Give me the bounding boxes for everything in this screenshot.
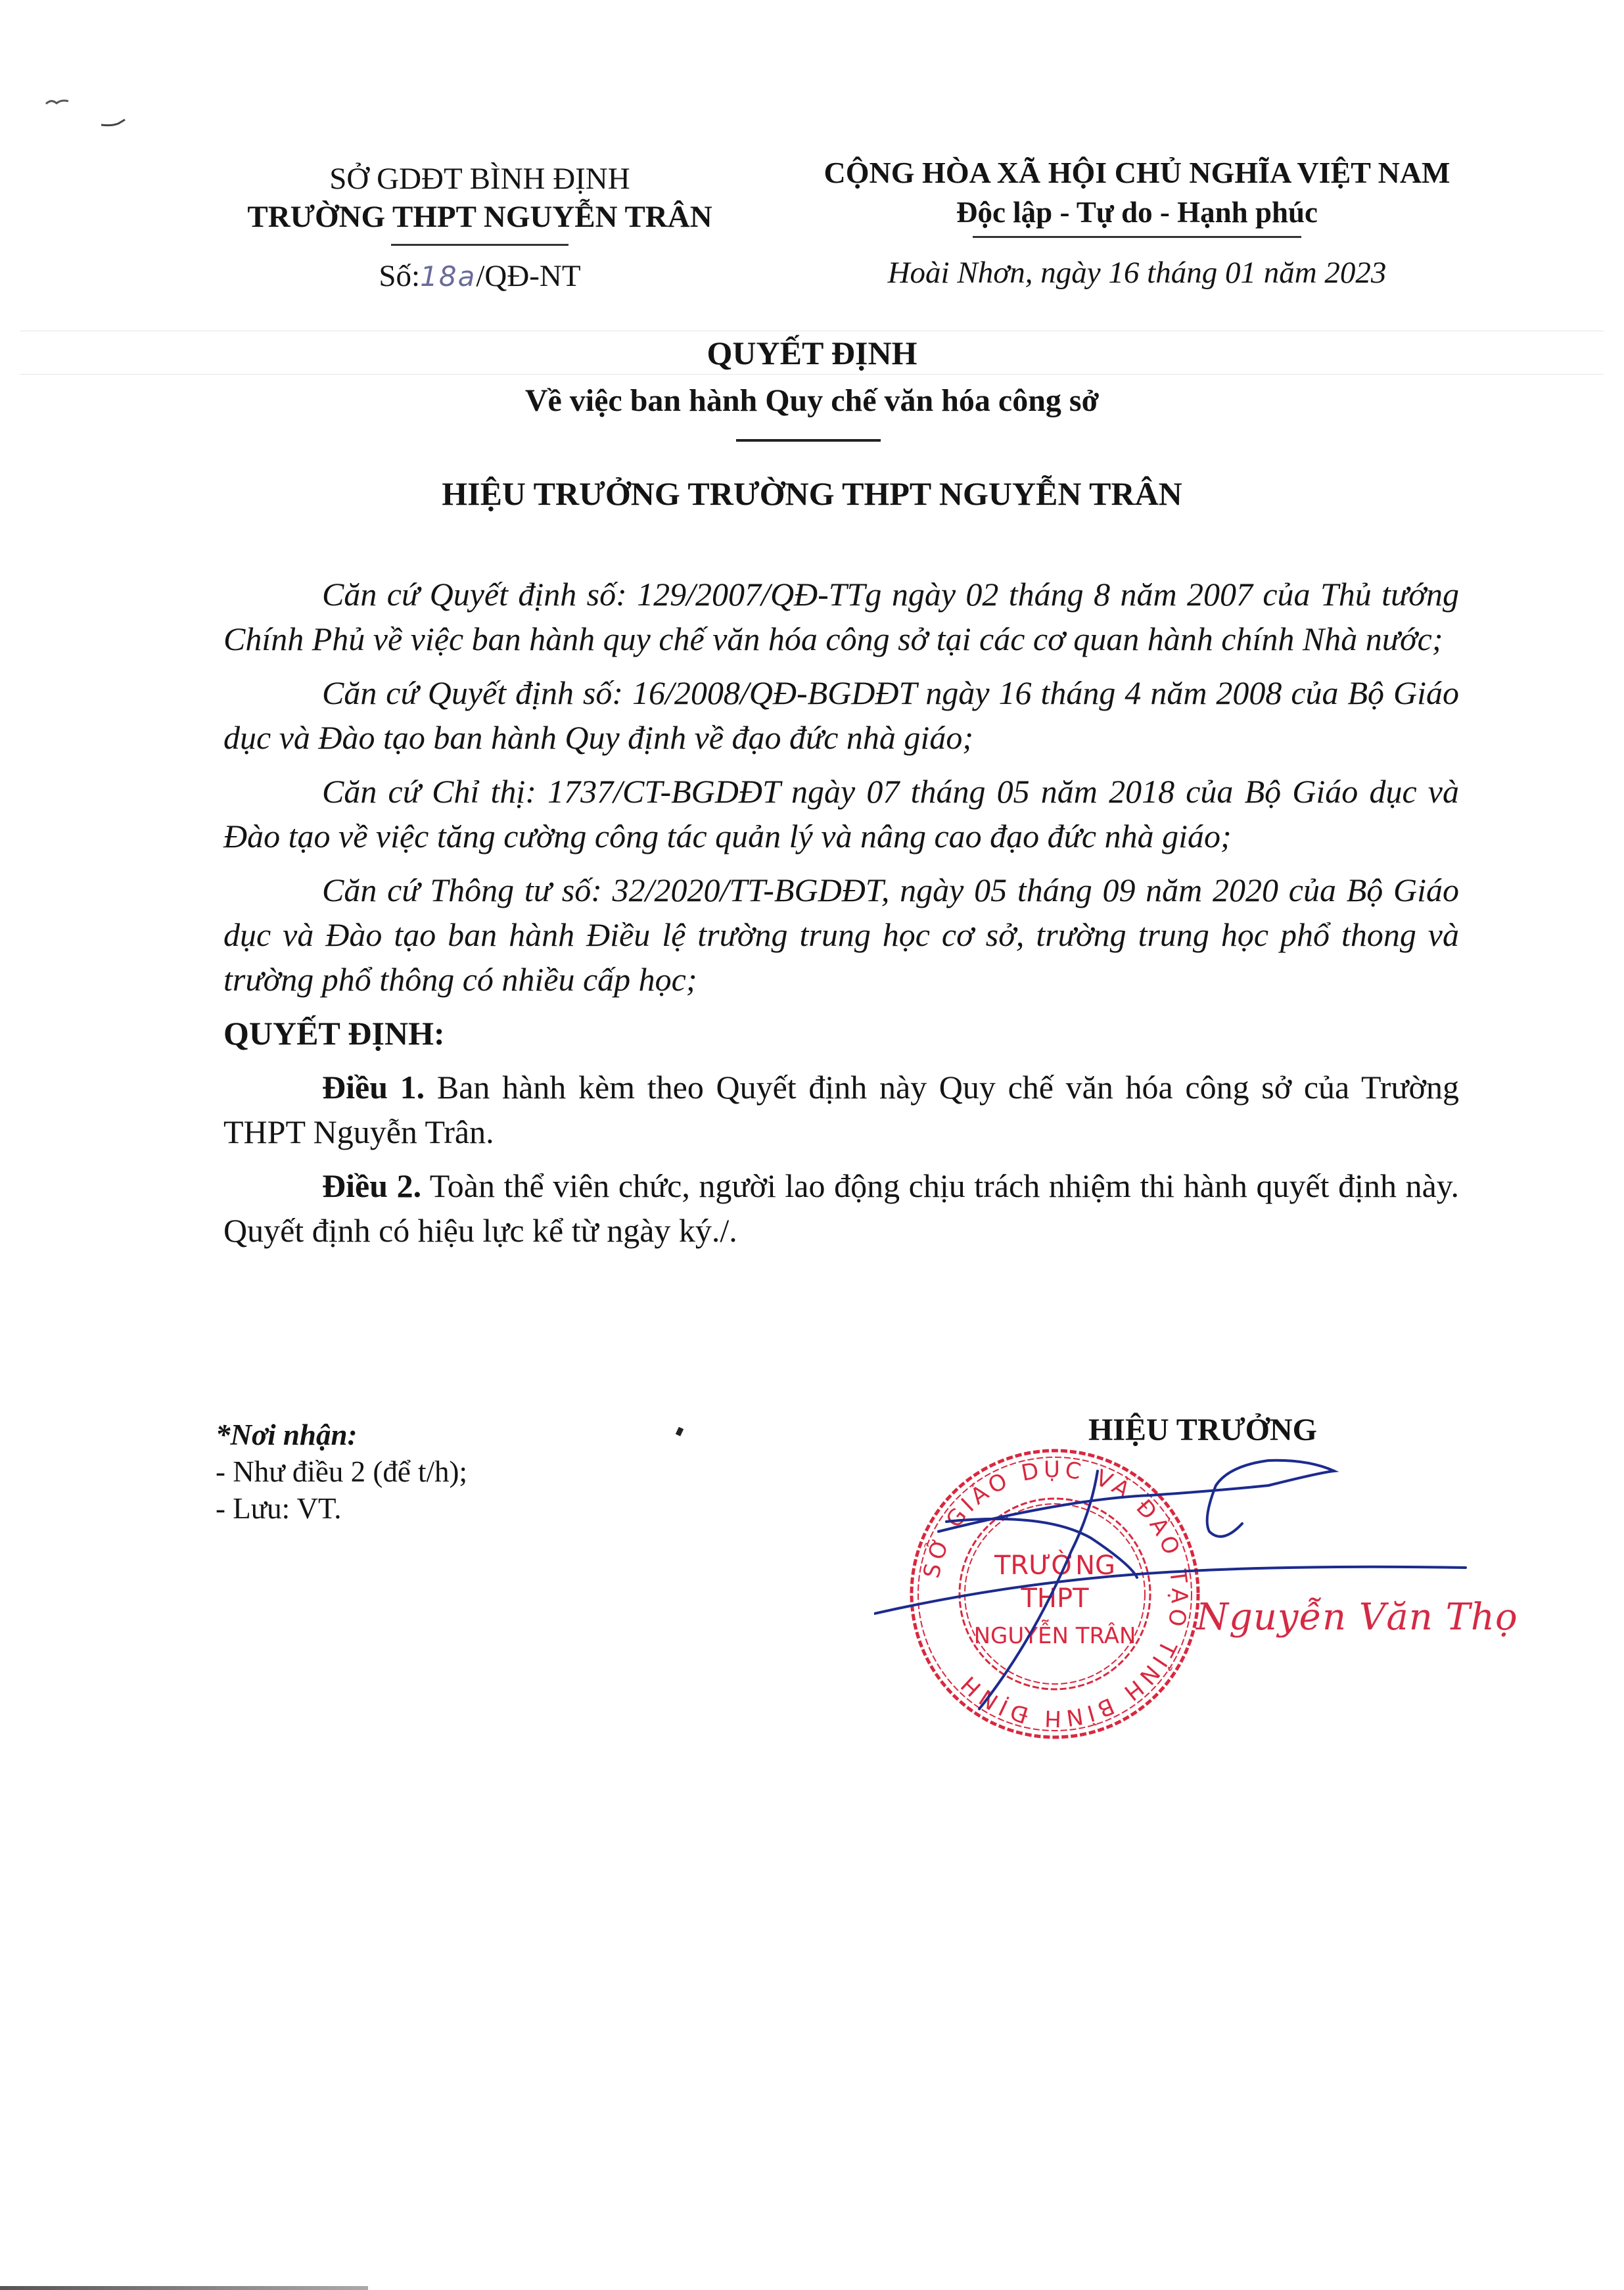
recipient-item: - Như điều 2 (để t/h); [216,1453,676,1490]
issuing-authority: HIỆU TRƯỞNG TRƯỜNG THPT NGUYỄN TRÂN [0,475,1624,513]
scan-speck [99,118,131,128]
header-divider [391,244,568,246]
legal-basis: Căn cứ Thông tư số: 32/2020/TT-BGDĐT, ng… [223,868,1459,1002]
scan-edge [0,2286,368,2290]
issuing-organization: SỞ GDĐT BÌNH ĐỊNH TRƯỜNG THPT NGUYỄN TRÂ… [223,160,736,246]
handwritten-signature [874,1446,1505,1735]
signer-name: Nguyễn Văn Thọ [1196,1596,1518,1639]
number-prefix: Số: [379,259,420,293]
school-name: TRƯỜNG THPT NGUYỄN TRÂN [223,198,736,236]
scan-speck [45,97,71,106]
nation-name: CỘNG HÒA XÃ HỘI CHỦ NGHĨA VIỆT NAM [776,153,1498,193]
recipient-item: - Lưu: VT. [216,1490,676,1527]
ink-speck [676,1427,684,1436]
legal-basis: Căn cứ Quyết định số: 129/2007/QĐ-TTg ng… [223,572,1459,661]
article-label: Điều 1. [322,1069,425,1106]
motto-divider [973,236,1301,238]
scan-artifact-line [20,374,1604,375]
legal-basis: Căn cứ Quyết định số: 16/2008/QĐ-BGDĐT n… [223,670,1459,760]
article-2: Điều 2. Toàn thể viên chức, người lao độ… [223,1163,1459,1253]
national-motto: Độc lập - Tự do - Hạnh phúc [776,193,1498,232]
national-header: CỘNG HÒA XÃ HỘI CHỦ NGHĨA VIỆT NAM Độc l… [776,153,1498,238]
article-label: Điều 2. [322,1167,421,1204]
issuing-body: SỞ GDĐT BÌNH ĐỊNH [223,160,736,198]
document-body: Căn cứ Quyết định số: 129/2007/QĐ-TTg ng… [223,572,1459,1262]
recipients-heading: *Nơi nhận: [216,1416,676,1453]
document-title: QUYẾT ĐỊNH [0,334,1624,372]
subject-divider [736,439,881,442]
document-subject: Về việc ban hành Quy chế văn hóa công sở [0,383,1624,419]
scan-artifact-line [20,331,1604,331]
decides-heading: QUYẾT ĐỊNH: [223,1011,1459,1056]
article-1: Điều 1. Ban hành kèm theo Quyết định này… [223,1065,1459,1154]
recipients-block: *Nơi nhận: - Như điều 2 (để t/h); - Lưu:… [216,1416,676,1527]
handwritten-number: 18a [420,260,476,292]
place-and-date: Hoài Nhơn, ngày 16 tháng 01 năm 2023 [776,255,1498,291]
document-number: Số:18a/QĐ-NT [223,258,736,294]
number-suffix: /QĐ-NT [476,259,580,293]
legal-basis: Căn cứ Chỉ thị: 1737/CT-BGDĐT ngày 07 th… [223,769,1459,858]
